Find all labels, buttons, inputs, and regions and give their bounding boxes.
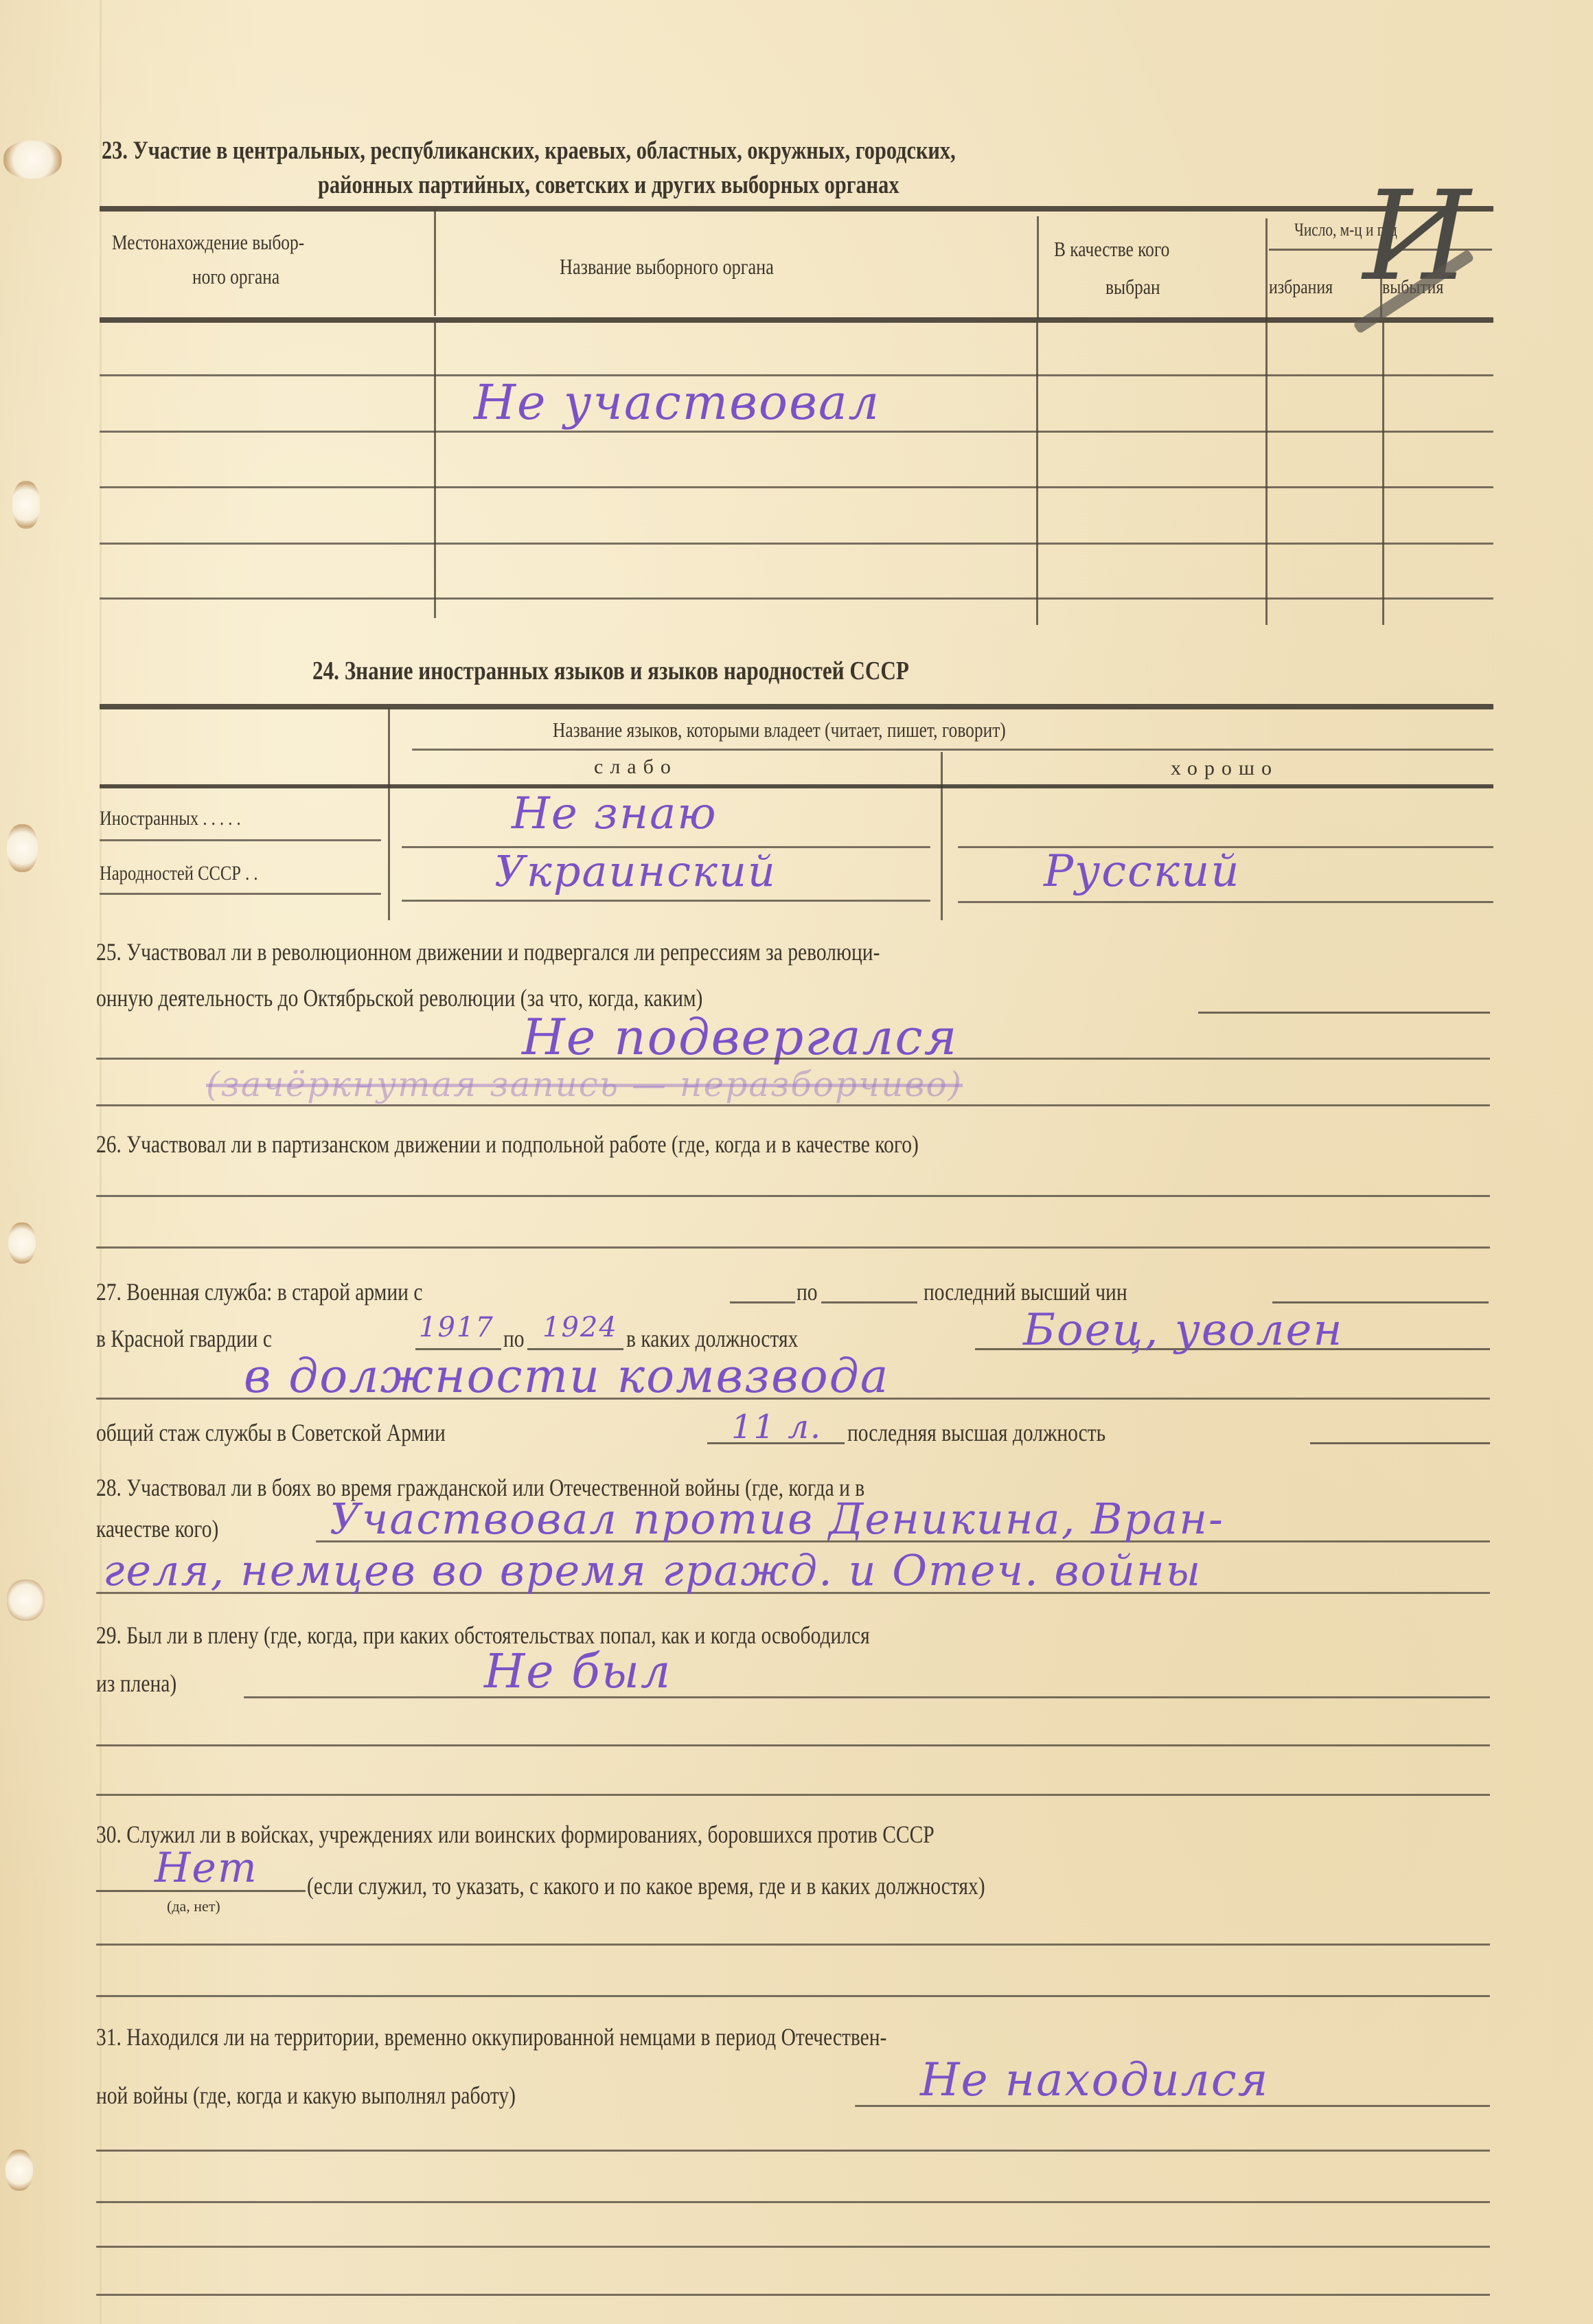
- languages-header: Название языков, которыми владеет (читае…: [553, 718, 1006, 742]
- column-divider: [1382, 323, 1384, 625]
- section-27-l3-a: общий стаж службы в Советской Армии: [96, 1418, 446, 1447]
- last-rank-blank: [1272, 1301, 1489, 1303]
- section-27-l1-b: по: [796, 1277, 818, 1306]
- pencil-check-mark: И: [1363, 175, 1471, 299]
- column-header-capacity-l2: выбран: [1105, 275, 1160, 299]
- column-header-good: хорошо: [1171, 757, 1279, 780]
- answer-line: [96, 2201, 1490, 2203]
- section-25-line1: 25. Участвовал ли в революционном движен…: [96, 937, 880, 966]
- section-30-line2: (если служил, то указать, с какого и по …: [307, 1871, 985, 1900]
- column-header-name: Название выборного органа: [560, 254, 774, 280]
- section-31-line2: ной войны (где, когда и какую выполнял р…: [96, 2081, 516, 2110]
- column-divider: [1265, 323, 1268, 625]
- old-army-from-blank: [730, 1301, 795, 1303]
- answer-line: [244, 1696, 1490, 1698]
- section-31-line1: 31. Находился ли на территории, временно…: [96, 2023, 886, 2051]
- header-bottom-border: [100, 784, 1493, 788]
- column-header-weak: слабо: [594, 755, 678, 779]
- punch-hole: [12, 481, 40, 529]
- answer-line: [96, 2150, 1490, 2152]
- punch-hole: [7, 824, 38, 872]
- answer-line: [96, 1104, 1490, 1106]
- column-header-location-l2: ного органа: [192, 264, 279, 289]
- row-line: [402, 900, 930, 902]
- handwritten-answer-28-l2: геля, немцев во время гражд. и Отеч. вой…: [103, 1545, 1202, 1595]
- column-divider: [434, 323, 436, 618]
- answer-line: [96, 1246, 1490, 1249]
- section-23-title-line2: районных партийных, советских и других в…: [318, 170, 899, 200]
- row-label-ussr: Народностей СССР . .: [100, 862, 258, 885]
- last-position-blank: [1310, 1442, 1490, 1444]
- section-27-l3-b: последняя высшая должность: [847, 1418, 1105, 1447]
- answer-line: [1198, 1012, 1490, 1014]
- table-header-bottom-border: [100, 317, 1493, 323]
- row-label-foreign: Иностранных . . . . .: [100, 807, 241, 830]
- handwritten-positions-l2: в должности комвзвода: [244, 1349, 889, 1404]
- handwritten-answer-29: Не был: [484, 1645, 672, 1699]
- table-top-border: [100, 704, 1493, 709]
- answer-line: [96, 1058, 1490, 1060]
- answer-line: [96, 2246, 1490, 2248]
- header-divider: [412, 749, 1493, 751]
- handwritten-answer-23: Не участвовал: [474, 374, 880, 431]
- section-28-line2: качестве кого): [96, 1514, 218, 1543]
- column-header-elected: избрания: [1269, 276, 1333, 299]
- table-row-line: [100, 543, 1493, 545]
- answer-line: [96, 1744, 1490, 1746]
- column-divider: [388, 707, 390, 920]
- punch-hole: [8, 1222, 36, 1264]
- answer-line: [96, 1195, 1490, 1197]
- handwritten-positions-l1: Боец, уволен: [1023, 1305, 1343, 1356]
- handwritten-answer-28-l1: Участвовал против Деникина, Вран-: [330, 1494, 1224, 1544]
- handwritten-answer-31: Не находился: [920, 2053, 1269, 2106]
- table-row-line: [100, 431, 1493, 433]
- column-divider: [1265, 218, 1268, 321]
- handwritten-foreign-weak: Не знаю: [512, 788, 718, 839]
- handwritten-red-guard-to: 1924: [542, 1312, 618, 1343]
- struck-out-handwriting: (зачёркнутая запись — неразборчиво): [206, 1064, 963, 1104]
- handwritten-service-length: 11 л.: [731, 1408, 822, 1446]
- handwritten-ussr-good: Русский: [1044, 846, 1241, 897]
- section-27-l2-c: в каких должностях: [626, 1324, 798, 1353]
- section-27-l2-b: по: [503, 1324, 525, 1353]
- column-divider: [1036, 323, 1038, 625]
- section-24-title: 24. Знание иностранных языков и языков н…: [312, 656, 909, 686]
- handwritten-red-guard-from: 1917: [419, 1312, 494, 1343]
- answer-line: [96, 2294, 1490, 2296]
- column-divider: [1037, 216, 1039, 319]
- table-row-line: [100, 597, 1493, 600]
- table-row-line: [100, 486, 1493, 488]
- section-27-l1-a: 27. Военная служба: в старой армии с: [96, 1277, 422, 1306]
- punch-hole: [5, 2150, 33, 2191]
- punch-hole: [7, 1580, 45, 1621]
- yes-no-hint: (да, нет): [167, 1898, 220, 1915]
- section-27-l1-c: последний высший чин: [924, 1277, 1127, 1306]
- punch-hole: [3, 141, 62, 179]
- row-line: [100, 893, 381, 895]
- column-header-location-l1: Местонахождение выбор-: [112, 230, 304, 255]
- section-27-l2-a: в Красной гвардии с: [96, 1324, 272, 1353]
- section-29-line1: 29. Был ли в плену (где, когда, при каки…: [96, 1621, 870, 1650]
- table-top-border: [100, 206, 1493, 212]
- handwritten-ussr-weak: Украинский: [494, 846, 777, 896]
- answer-line: [96, 1995, 1490, 1997]
- section-23-title-line1: 23. Участие в центральных, республиканск…: [102, 136, 956, 166]
- row-line: [958, 901, 1493, 903]
- column-divider: [941, 752, 943, 920]
- handwritten-answer-30: Нет: [154, 1844, 258, 1892]
- answer-line: [96, 1944, 1490, 1946]
- section-29-line2: из плена): [96, 1669, 176, 1698]
- column-header-capacity-l1: В качестве кого: [1054, 237, 1169, 262]
- row-line: [100, 839, 381, 841]
- paper-fold-crease: [100, 0, 102, 2324]
- column-divider: [434, 209, 436, 316]
- section-26-text: 26. Участвовал ли в партизанском движени…: [96, 1130, 919, 1159]
- answer-line: [96, 1794, 1490, 1796]
- old-army-to-blank: [821, 1301, 917, 1303]
